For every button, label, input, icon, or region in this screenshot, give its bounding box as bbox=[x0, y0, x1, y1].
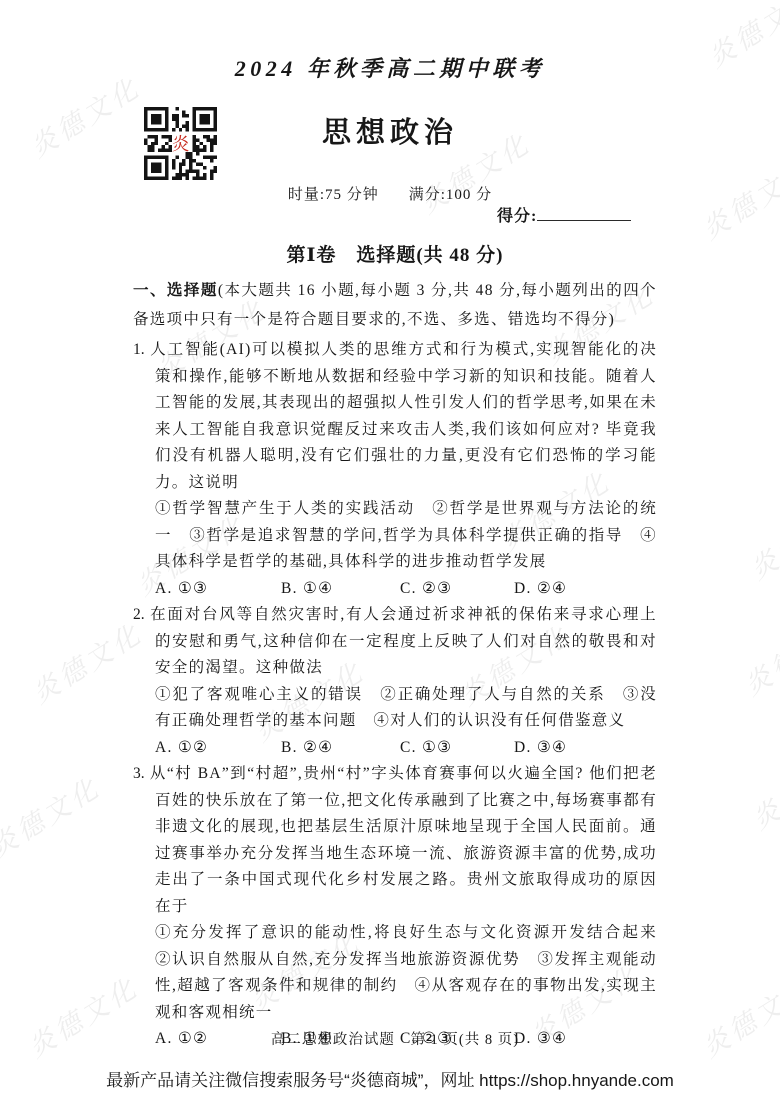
watermark-text: 炎德文化 bbox=[735, 604, 780, 703]
score-blank-line[interactable] bbox=[537, 205, 631, 221]
option-c[interactable]: C. ②③ bbox=[400, 576, 514, 603]
score-field: 得分: bbox=[497, 203, 631, 226]
exam-duration: 时量:75 分钟 bbox=[288, 187, 379, 203]
score-label: 得分: bbox=[497, 208, 537, 225]
watermark-text: 炎德文化 bbox=[741, 488, 780, 587]
question-number: 2. bbox=[133, 606, 150, 623]
watermark-text: 炎德文化 bbox=[743, 738, 780, 837]
watermark-text: 炎德文化 bbox=[693, 966, 780, 1065]
question-items: ①犯了客观唯心主义的错误 ②正确处理了人与自然的关系 ③没有正确处理哲学的基本问… bbox=[133, 682, 657, 735]
exam-page: 炎德文化炎德文化炎德文化炎德文化炎德文化炎德文化炎德文化炎德文化炎德文化炎德文化… bbox=[0, 0, 780, 1104]
option-b[interactable]: B. ①④ bbox=[281, 576, 400, 603]
exam-total-score: 满分:100 分 bbox=[409, 187, 492, 203]
option-a[interactable]: A. ①③ bbox=[155, 576, 281, 603]
question-number: 3. bbox=[133, 765, 150, 782]
question-stem: 1.人工智能(AI)可以模拟人类的思维方式和行为模式,实现智能化的决策和操作,能… bbox=[133, 337, 657, 496]
subject-title: 思想政治 bbox=[0, 110, 780, 151]
page-footer: 高二思想政治试题 第 1 页(共 8 页) bbox=[133, 1028, 657, 1049]
watermark-text: 炎德文化 bbox=[23, 612, 149, 711]
section-instruction: 一、选择题(本大题共 16 小题,每小题 3 分,共 48 分,每小题列出的四个… bbox=[133, 276, 657, 334]
question-options: A. ①② B. ②④ C. ①③ D. ③④ bbox=[133, 735, 657, 762]
exam-title: 2024 年秋季高二期中联考 bbox=[0, 52, 780, 83]
question-options: A. ①③ B. ①④ C. ②③ D. ②④ bbox=[133, 576, 657, 603]
exam-body: 第Ⅰ卷 选择题(共 48 分) 一、选择题(本大题共 16 小题,每小题 3 分… bbox=[133, 240, 657, 1053]
question-number: 1. bbox=[133, 341, 150, 358]
option-d[interactable]: D. ③④ bbox=[514, 735, 657, 762]
section-title: 第Ⅰ卷 选择题(共 48 分) bbox=[133, 240, 657, 267]
exam-meta: 时量:75 分钟满分:100 分 bbox=[0, 183, 780, 204]
question-stem: 3.从“村 BA”到“村超”,贵州“村”字头体育赛事何以火遍全国? 他们把老百姓… bbox=[133, 761, 657, 920]
option-a[interactable]: A. ①② bbox=[155, 735, 281, 762]
question-stem-text: 人工智能(AI)可以模拟人类的思维方式和行为模式,实现智能化的决策和操作,能够不… bbox=[150, 341, 657, 491]
option-d[interactable]: D. ②④ bbox=[514, 576, 657, 603]
promo-text: 最新产品请关注微信搜索服务号“炎德商城”，网址 https://shop.hny… bbox=[0, 1066, 780, 1091]
watermark-text: 炎德文化 bbox=[0, 766, 107, 865]
question-items: ①充分发挥了意识的能动性,将良好生态与文化资源开发结合起来 ②认识自然服从自然,… bbox=[133, 920, 657, 1026]
question-2: 2.在面对台风等自然灾害时,有人会通过祈求神祇的保佑来寻求心理上的安慰和勇气,这… bbox=[133, 602, 657, 761]
option-c[interactable]: C. ①③ bbox=[400, 735, 514, 762]
question-3: 3.从“村 BA”到“村超”,贵州“村”字头体育赛事何以火遍全国? 他们把老百姓… bbox=[133, 761, 657, 1053]
question-items: ①哲学智慧产生于人类的实践活动 ②哲学是世界观与方法论的统一 ③哲学是追求智慧的… bbox=[133, 496, 657, 576]
option-b[interactable]: B. ②④ bbox=[281, 735, 400, 762]
question-1: 1.人工智能(AI)可以模拟人类的思维方式和行为模式,实现智能化的决策和操作,能… bbox=[133, 337, 657, 602]
question-stem-text: 在面对台风等自然灾害时,有人会通过祈求神祇的保佑来寻求心理上的安慰和勇气,这种信… bbox=[150, 606, 657, 676]
question-stem-text: 从“村 BA”到“村超”,贵州“村”字头体育赛事何以火遍全国? 他们把老百姓的快… bbox=[150, 765, 657, 915]
instruction-lead: 一、选择题 bbox=[133, 282, 218, 299]
question-stem: 2.在面对台风等自然灾害时,有人会通过祈求神祇的保佑来寻求心理上的安慰和勇气,这… bbox=[133, 602, 657, 682]
watermark-text: 炎德文化 bbox=[19, 966, 145, 1065]
